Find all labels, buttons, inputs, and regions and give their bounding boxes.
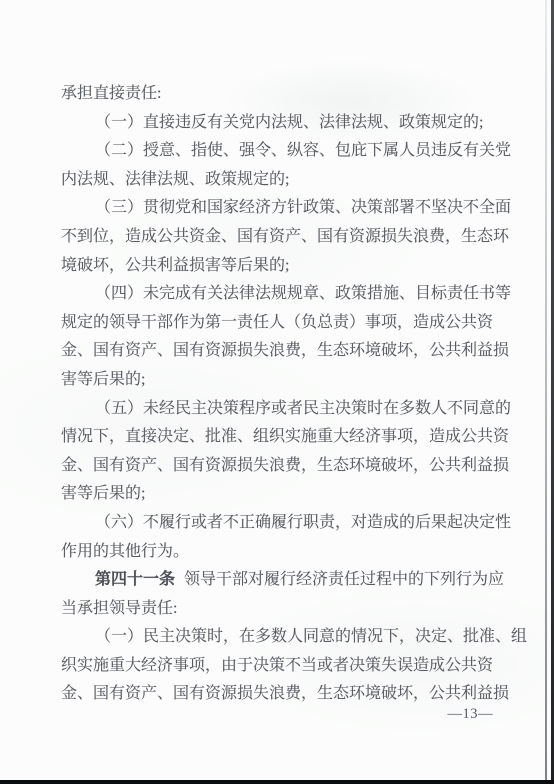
body-text-line: 害等后果的; — [61, 480, 494, 509]
body-text-line: 金、国有资产、国有资源损失浪费，生态环境破坏，公共利益损 — [61, 337, 494, 366]
body-text-line: （三）贯彻党和国家经济方针政策、决策部署不坚决不全面 — [61, 194, 494, 223]
body-text-line: 作用的其他行为。 — [61, 538, 494, 567]
body-text-line: 金、国有资产、国有资源损失浪费，生态环境破坏，公共利益损 — [61, 452, 494, 481]
body-text-line: 情况下，直接决定、批准、组织实施重大经济事项，造成公共资 — [61, 423, 494, 452]
article-41-text: 领导干部对履行经济责任过程中的下列行为应 — [184, 571, 504, 588]
body-text-line: （六）不履行或者不正确履行职责，对造成的后果起决定性 — [61, 509, 494, 538]
body-text-line: （二）授意、指使、强令、纵容、包庇下属人员违反有关党 — [61, 137, 494, 166]
body-text-line: 金、国有资产、国有资源损失浪费，生态环境破坏，公共利益损 — [61, 680, 494, 709]
body-text-line: （四）未完成有关法律法规规章、政策措施、目标责任书等 — [61, 280, 494, 309]
body-text-line: 承担直接责任: — [61, 80, 494, 109]
body-text-line: 不到位，造成公共资金、国有资产、国有资源损失浪费，生态环 — [61, 223, 494, 252]
page-number: —13— — [448, 706, 494, 723]
article-41-heading-line: 第四十一条领导干部对履行经济责任过程中的下列行为应 — [61, 566, 494, 595]
article-41-number: 第四十一条 — [95, 571, 175, 588]
body-text-line: （一）直接违反有关党内法规、法律法规、政策规定的; — [61, 109, 494, 138]
scan-edge-bottom — [0, 780, 554, 784]
body-text-line: 内法规、法律法规、政策规定的; — [61, 166, 494, 195]
body-text-line: 害等后果的; — [61, 366, 494, 395]
body-text-line: 规定的领导干部作为第一责任人（负总责）事项，造成公共资 — [61, 309, 494, 338]
body-text-line: 境破坏，公共利益损害等后果的; — [61, 252, 494, 281]
body-text-line: （一）民主决策时，在多数人同意的情况下，决定、批准、组 — [61, 623, 494, 652]
document-body-text: 承担直接责任: （一）直接违反有关党内法规、法律法规、政策规定的; （二）授意、… — [61, 80, 494, 709]
article-41-continuation-line: 当承担领导责任: — [61, 595, 494, 624]
body-text-line: 织实施重大经济事项，由于决策不当或者决策失误造成公共资 — [61, 652, 494, 681]
scanned-document-page: 承担直接责任: （一）直接违反有关党内法规、法律法规、政策规定的; （二）授意、… — [0, 0, 554, 784]
body-text-line: （五）未经民主决策程序或者民主决策时在多数人不同意的 — [61, 395, 494, 424]
scan-artifact-vertical-line — [545, 0, 547, 780]
